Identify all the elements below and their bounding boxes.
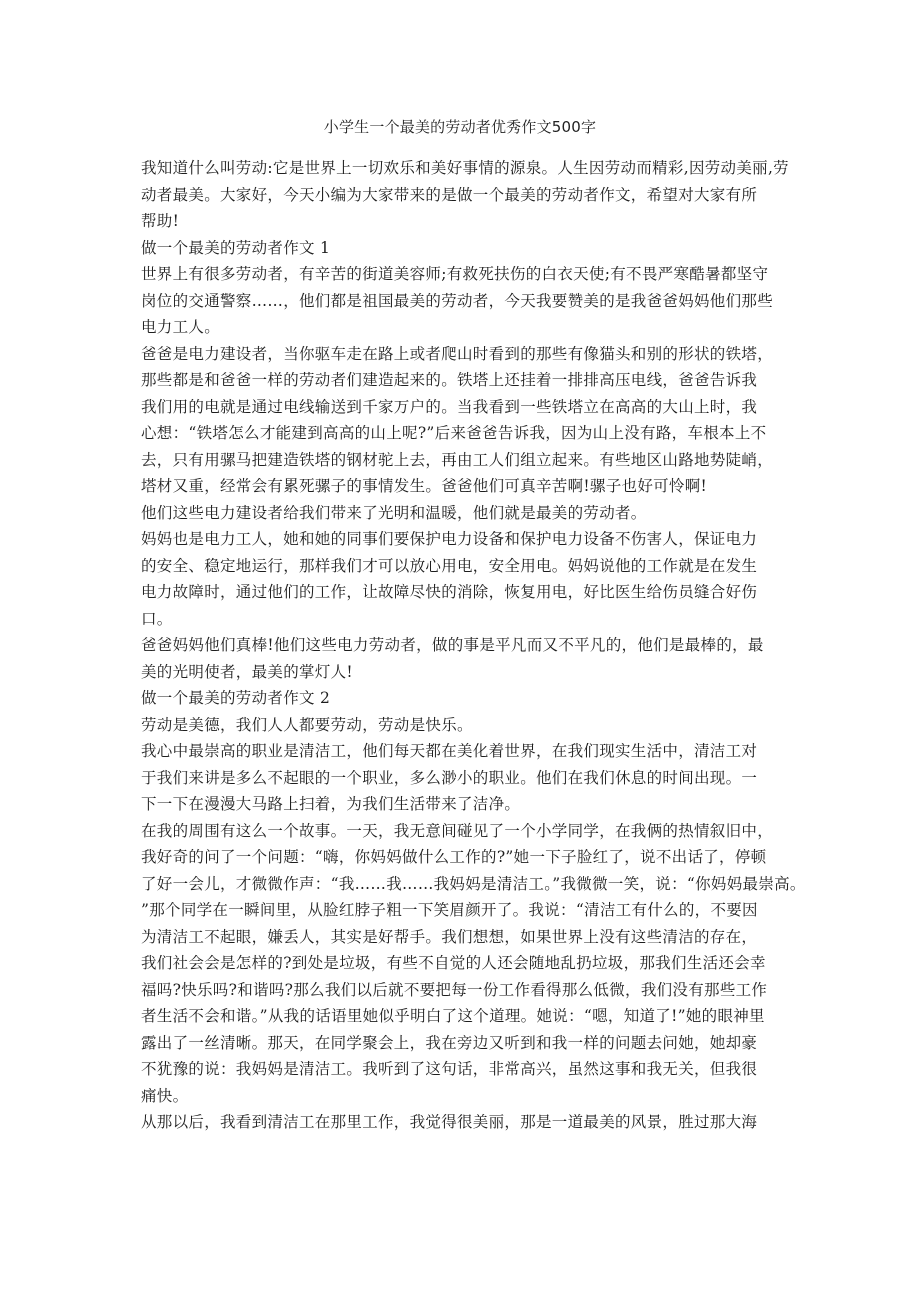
- body-line: 爸爸妈妈他们真棒!他们这些电力劳动者，做的事是平凡而又不平凡的，他们是最棒的，最: [141, 632, 821, 659]
- body-line: 在我的周围有这么一个故事。一天，我无意间碰见了一个小学同学，在我俩的热情叙旧中，: [141, 818, 821, 845]
- body-line: 露出了一丝清晰。那天，在同学聚会上，我在旁边又听到和我一样的问题去问她，她却豪: [141, 1030, 821, 1057]
- body-line: ”那个同学在一瞬间里，从脸红脖子粗一下笑眉颜开了。我说：“清洁工有什么的，不要因: [141, 897, 821, 924]
- body-line: 为清洁工不起眼，嫌丢人，其实是好帮手。我们想想，如果世界上没有这些清洁的存在，: [141, 924, 821, 951]
- document-title: 小学生一个最美的劳动者优秀作文500字: [0, 117, 920, 137]
- body-line: 他们这些电力建设者给我们带来了光明和温暖，他们就是最美的劳动者。: [141, 500, 821, 527]
- body-line: 我们用的电就是通过电线输送到千家万户的。当我看到一些铁塔立在高高的大山上时，我: [141, 394, 821, 421]
- body-line: 塔材又重，经常会有累死骡子的事情发生。爸爸他们可真辛苦啊!骡子也好可怜啊!: [141, 473, 821, 500]
- body-line: 电力故障时，通过他们的工作，让故障尽快的消除，恢复用电，好比医生给伤员缝合好伤: [141, 579, 821, 606]
- body-line: 动者最美。大家好，今天小编为大家带来的是做一个最美的劳动者作文，希望对大家有所: [141, 182, 821, 209]
- body-line: 爸爸是电力建设者，当你驱车走在路上或者爬山时看到的那些有像猫头和别的形状的铁塔，: [141, 341, 821, 368]
- body-line: 那些都是和爸爸一样的劳动者们建造起来的。铁塔上还挂着一排排高压电线，爸爸告诉我: [141, 367, 821, 394]
- section-heading: 做一个最美的劳动者作文 2: [141, 685, 821, 712]
- body-line: 电力工人。: [141, 314, 821, 341]
- body-line: 美的光明使者，最美的掌灯人!: [141, 659, 821, 686]
- section-heading: 做一个最美的劳动者作文 1: [141, 235, 821, 262]
- body-line: 不犹豫的说：我妈妈是清洁工。我听到了这句话，非常高兴，虽然这事和我无关，但我很: [141, 1056, 821, 1083]
- body-line: 帮助!: [141, 208, 821, 235]
- body-line: 从那以后，我看到清洁工在那里工作，我觉得很美丽，那是一道最美的风景，胜过那大海: [141, 1109, 821, 1136]
- body-line: 我知道什么叫劳动:它是世界上一切欢乐和美好事情的源泉。人生因劳动而精彩,因劳动美…: [141, 155, 821, 182]
- body-line: 我们社会会是怎样的?到处是垃圾，有些不自觉的人还会随地乱扔垃圾，那我们生活还会幸: [141, 950, 821, 977]
- body-line: 痛快。: [141, 1083, 821, 1110]
- body-line: 者生活不会和谐。”从我的话语里她似乎明白了这个道理。她说：“嗯，知道了!”她的眼…: [141, 1003, 821, 1030]
- body-line: 岗位的交通警察……，他们都是祖国最美的劳动者，今天我要赞美的是我爸爸妈妈他们那些: [141, 288, 821, 315]
- body-line: 去，只有用骡马把建造铁塔的钢材驼上去，再由工人们组立起来。有些地区山路地势陡峭，: [141, 447, 821, 474]
- body-line: 下一下在漫漫大马路上扫着，为我们生活带来了洁净。: [141, 791, 821, 818]
- body-line: 世界上有很多劳动者，有辛苦的街道美容师;有救死扶伤的白衣天使;有不畏严寒酷暑都坚…: [141, 261, 821, 288]
- body-line: 妈妈也是电力工人，她和她的同事们要保护电力设备和保护电力设备不伤害人，保证电力: [141, 526, 821, 553]
- body-line: 了好一会儿，才微微作声：“我……我……我妈妈是清洁工。”我微微一笑，说：“你妈妈…: [141, 871, 821, 898]
- document-body: 我知道什么叫劳动:它是世界上一切欢乐和美好事情的源泉。人生因劳动而精彩,因劳动美…: [141, 155, 821, 1136]
- body-line: 口。: [141, 606, 821, 633]
- body-line: 我好奇的问了一个问题：“嗨，你妈妈做什么工作的?”她一下子脸红了，说不出话了，停…: [141, 844, 821, 871]
- body-line: 劳动是美德，我们人人都要劳动，劳动是快乐。: [141, 712, 821, 739]
- document-page: 小学生一个最美的劳动者优秀作文500字 我知道什么叫劳动:它是世界上一切欢乐和美…: [0, 0, 920, 1302]
- body-line: 福吗?快乐吗?和谐吗?那么我们以后就不要把每一份工作看得那么低微，我们没有那些工…: [141, 977, 821, 1004]
- body-line: 心想：“铁塔怎么才能建到高高的山上呢?”后来爸爸告诉我，因为山上没有路，车根本上…: [141, 420, 821, 447]
- body-line: 于我们来讲是多么不起眼的一个职业，多么渺小的职业。他们在我们休息的时间出现。一: [141, 765, 821, 792]
- body-line: 的安全、稳定地运行，那样我们才可以放心用电，安全用电。妈妈说他的工作就是在发生: [141, 553, 821, 580]
- body-line: 我心中最崇高的职业是清洁工，他们每天都在美化着世界，在我们现实生活中，清洁工对: [141, 738, 821, 765]
